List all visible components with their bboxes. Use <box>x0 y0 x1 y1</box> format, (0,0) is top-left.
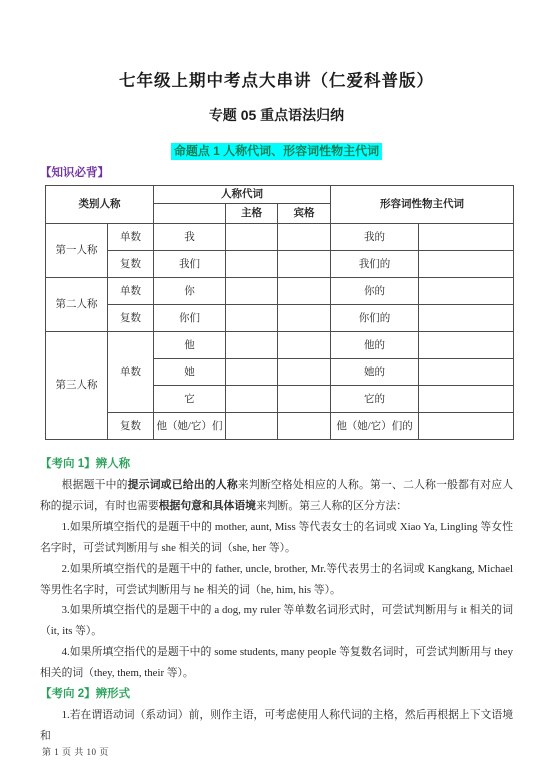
list-item-paragraph: 3.如果所填空指代的是题干中的 a dog, my ruler 等单数名词形式时… <box>40 600 513 642</box>
pronoun-chinese: 我们 <box>154 251 226 278</box>
knowledge-section-label: 【知识必背】 <box>40 166 513 181</box>
topic-heading-highlight: 命题点 1 人称代词、形容词性物主代词 <box>171 143 382 160</box>
possessive-chinese: 他的 <box>331 332 419 359</box>
fill-in-blank-subject <box>226 251 278 278</box>
topic-heading-row: 命题点 1 人称代词、形容词性物主代词 <box>40 142 513 160</box>
number-label: 单数 <box>108 278 154 305</box>
section-kaoxiang-1: 【考向 1】辨人称 根据题干中的提示词或已给出的人称来判断空格处相应的人称。第一… <box>40 454 513 684</box>
fill-in-blank-subject <box>226 386 278 413</box>
pronoun-chinese: 我 <box>154 224 226 251</box>
page-content: 七年级上期中考点大串讲（仁爱科普版） 专题 05 重点语法归纳 命题点 1 人称… <box>0 0 553 747</box>
table-row: 第二人称 单数 你 你的 <box>46 278 514 305</box>
document-page: 七年级上期中考点大串讲（仁爱科普版） 专题 05 重点语法归纳 命题点 1 人称… <box>0 0 553 782</box>
table-row: 复数 他（她/它）们 他（她/它）们的 <box>46 413 514 440</box>
fill-in-blank-possessive <box>419 359 514 386</box>
number-label: 单数 <box>108 332 154 413</box>
fill-in-blank-subject <box>226 278 278 305</box>
fill-in-blank-subject <box>226 332 278 359</box>
possessive-chinese: 它的 <box>331 386 419 413</box>
pronoun-chinese: 她 <box>154 359 226 386</box>
pronoun-chinese: 它 <box>154 386 226 413</box>
possessive-chinese: 你的 <box>331 278 419 305</box>
possessive-chinese: 我的 <box>331 224 419 251</box>
pronoun-chinese: 你 <box>154 278 226 305</box>
fill-in-blank-possessive <box>419 332 514 359</box>
document-subtitle: 专题 05 重点语法归纳 <box>40 106 513 125</box>
fill-in-blank-subject <box>226 359 278 386</box>
list-item-paragraph: 2.如果所填空指代的是题干中的 father, uncle, brother, … <box>40 559 513 601</box>
table-row: 复数 我们 我们的 <box>46 251 514 278</box>
header-object-case: 宾格 <box>278 204 331 224</box>
document-title: 七年级上期中考点大串讲（仁爱科普版） <box>40 0 513 93</box>
fill-in-blank-possessive <box>419 413 514 440</box>
number-label: 复数 <box>108 305 154 332</box>
possessive-chinese: 我们的 <box>331 251 419 278</box>
person-label-third: 第三人称 <box>46 332 108 440</box>
intro-paragraph: 根据题干中的提示词或已给出的人称来判断空格处相应的人称。第一、二人称一般都有对应… <box>40 475 513 517</box>
header-subject-case: 主格 <box>226 204 278 224</box>
pronoun-chinese: 他 <box>154 332 226 359</box>
fill-in-blank-subject <box>226 413 278 440</box>
table-row: 复数 你们 你们的 <box>46 305 514 332</box>
list-item-paragraph: 1.如果所填空指代的是题干中的 mother, aunt, Miss 等代表女士… <box>40 517 513 559</box>
pronoun-chinese: 他（她/它）们 <box>154 413 226 440</box>
fill-in-blank-possessive <box>419 305 514 332</box>
fill-in-blank-possessive <box>419 224 514 251</box>
list-item-paragraph: 4.如果所填空指代的是题干中的 some students, many peop… <box>40 642 513 684</box>
section-heading: 【考向 1】辨人称 <box>40 454 513 475</box>
fill-in-blank-subject <box>226 224 278 251</box>
possessive-chinese: 你们的 <box>331 305 419 332</box>
fill-in-blank-object <box>278 332 331 359</box>
number-label: 复数 <box>108 251 154 278</box>
table-row: 第一人称 单数 我 我的 <box>46 224 514 251</box>
possessive-chinese: 她的 <box>331 359 419 386</box>
fill-in-blank-object <box>278 413 331 440</box>
possessive-chinese: 他（她/它）们的 <box>331 413 419 440</box>
fill-in-blank-possessive <box>419 251 514 278</box>
header-personal-pronoun: 人称代词 <box>154 186 331 204</box>
page-number-footer: 第 1 页 共 10 页 <box>42 745 109 758</box>
fill-in-blank-subject <box>226 305 278 332</box>
table-header-row-1: 类别人称 人称代词 形容词性物主代词 <box>46 186 514 204</box>
header-category: 类别人称 <box>46 186 154 224</box>
person-label-second: 第二人称 <box>46 278 108 332</box>
fill-in-blank-object <box>278 251 331 278</box>
table-row: 第三人称 单数 他 他的 <box>46 332 514 359</box>
number-label: 单数 <box>108 224 154 251</box>
fill-in-blank-object <box>278 359 331 386</box>
fill-in-blank-object <box>278 305 331 332</box>
fill-in-blank-object <box>278 224 331 251</box>
person-label-first: 第一人称 <box>46 224 108 278</box>
list-item-paragraph: 1.若在谓语动词（系动词）前，则作主语，可考虑使用人称代词的主格，然后再根据上下… <box>40 705 513 747</box>
fill-in-blank-possessive <box>419 386 514 413</box>
pronoun-table: 类别人称 人称代词 形容词性物主代词 主格 宾格 第一人称 单数 我 我的 复数 <box>45 185 514 440</box>
header-possessive-adj: 形容词性物主代词 <box>331 186 514 224</box>
fill-in-blank-object <box>278 278 331 305</box>
header-empty-cell <box>154 204 226 224</box>
section-heading: 【考向 2】辨形式 <box>40 684 513 705</box>
fill-in-blank-possessive <box>419 278 514 305</box>
number-label: 复数 <box>108 413 154 440</box>
pronoun-chinese: 你们 <box>154 305 226 332</box>
fill-in-blank-object <box>278 386 331 413</box>
section-kaoxiang-2: 【考向 2】辨形式 1.若在谓语动词（系动词）前，则作主语，可考虑使用人称代词的… <box>40 684 513 747</box>
